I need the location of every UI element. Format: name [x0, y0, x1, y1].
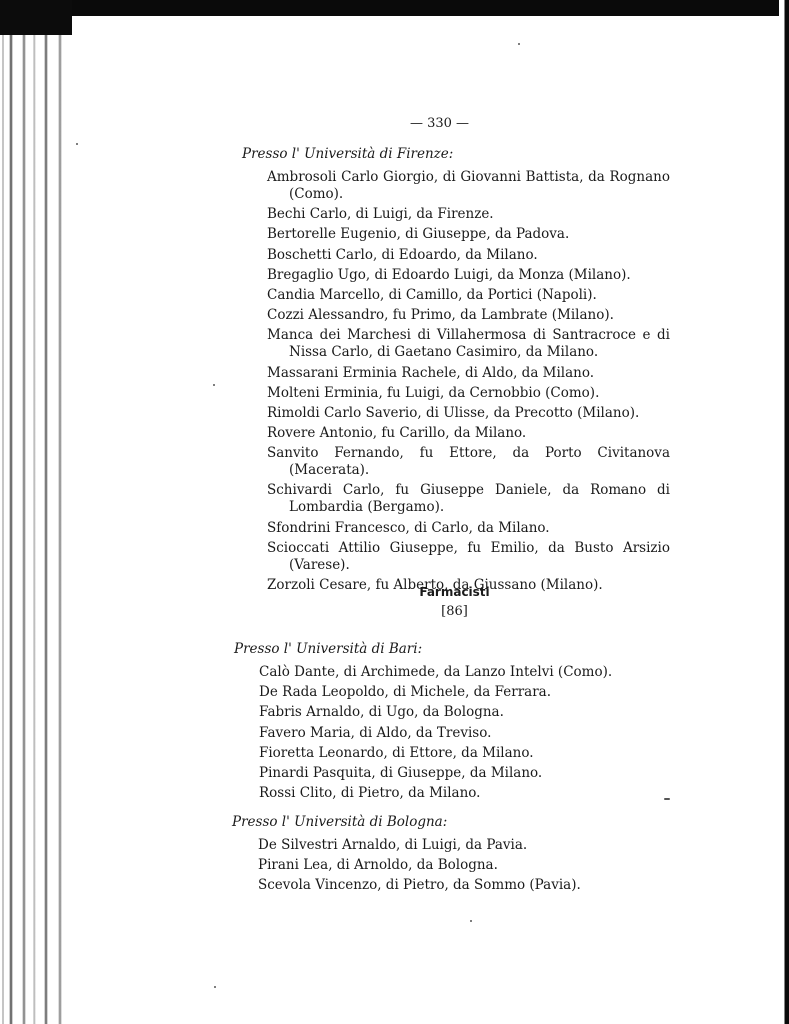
list-item: Calò Dante, di Archimede, da Lanzo Intel… — [259, 664, 669, 681]
list-item: Bregaglio Ugo, di Edoardo Luigi, da Monz… — [267, 267, 670, 284]
list-item: Manca dei Marchesi di Villahermosa di Sa… — [267, 327, 670, 361]
list-item: Sfondrini Francesco, di Carlo, da Milano… — [267, 520, 670, 537]
entry-list-firenze: Ambrosoli Carlo Giorgio, di Giovanni Bat… — [267, 169, 670, 597]
list-item: Rimoldi Carlo Saverio, di Ulisse, da Pre… — [267, 405, 670, 422]
entry-list-bari: Calò Dante, di Archimede, da Lanzo Intel… — [259, 664, 669, 805]
list-item: Pinardi Pasquita, di Giuseppe, da Milano… — [259, 765, 669, 782]
list-item: Rovere Antonio, fu Carillo, da Milano. — [267, 425, 670, 442]
list-item: De Rada Leopoldo, di Michele, da Ferrara… — [259, 684, 669, 701]
list-item: Candia Marcello, di Camillo, da Portici … — [267, 287, 670, 304]
section-heading-firenze: Presso l' Università di Firenze: — [242, 146, 453, 162]
list-item: Boschetti Carlo, di Edoardo, da Milano. — [267, 247, 670, 264]
category-title: Farmacisti — [0, 585, 789, 599]
scan-speck — [214, 986, 216, 988]
list-item: Favero Maria, di Aldo, da Treviso. — [259, 725, 669, 742]
list-item: Scioccati Attilio Giuseppe, fu Emilio, d… — [267, 540, 670, 574]
list-item: Massarani Erminia Rachele, di Aldo, da M… — [267, 365, 670, 382]
section-heading-bologna: Presso l' Università di Bologna: — [232, 814, 447, 830]
list-item: Ambrosoli Carlo Giorgio, di Giovanni Bat… — [267, 169, 670, 203]
list-item: Molteni Erminia, fu Luigi, da Cernobbio … — [267, 385, 670, 402]
entry-list-bologna: De Silvestri Arnaldo, di Luigi, da Pavia… — [258, 837, 668, 898]
scan-speck — [664, 798, 670, 800]
scan-right-border — [779, 0, 789, 1024]
category-count: [86] — [0, 604, 789, 619]
scan-binding-edge — [0, 0, 70, 1024]
list-item: Bertorelle Eugenio, di Giuseppe, da Pado… — [267, 226, 670, 243]
scan-speck — [621, 489, 623, 491]
list-item: Fabris Arnaldo, di Ugo, da Bologna. — [259, 704, 669, 721]
scan-speck — [470, 920, 472, 922]
list-item: Pirani Lea, di Arnoldo, da Bologna. — [258, 857, 668, 874]
list-item: De Silvestri Arnaldo, di Luigi, da Pavia… — [258, 837, 668, 854]
scan-corner-shadow — [0, 0, 72, 35]
scan-top-border — [0, 0, 789, 16]
list-item: Bechi Carlo, di Luigi, da Firenze. — [267, 206, 670, 223]
list-item: Schivardi Carlo, fu Giuseppe Daniele, da… — [267, 482, 670, 516]
list-item: Rossi Clito, di Pietro, da Milano. — [259, 785, 669, 802]
scan-speck — [518, 43, 520, 45]
page-number: — 330 — — [0, 116, 789, 131]
list-item: Sanvito Fernando, fu Ettore, da Porto Ci… — [267, 445, 670, 479]
list-item: Scevola Vincenzo, di Pietro, da Sommo (P… — [258, 877, 668, 894]
list-item: Cozzi Alessandro, fu Primo, da Lambrate … — [267, 307, 670, 324]
list-item: Fioretta Leonardo, di Ettore, da Milano. — [259, 745, 669, 762]
scan-speck — [213, 384, 215, 386]
scan-speck — [76, 143, 78, 145]
section-heading-bari: Presso l' Università di Bari: — [234, 641, 422, 657]
